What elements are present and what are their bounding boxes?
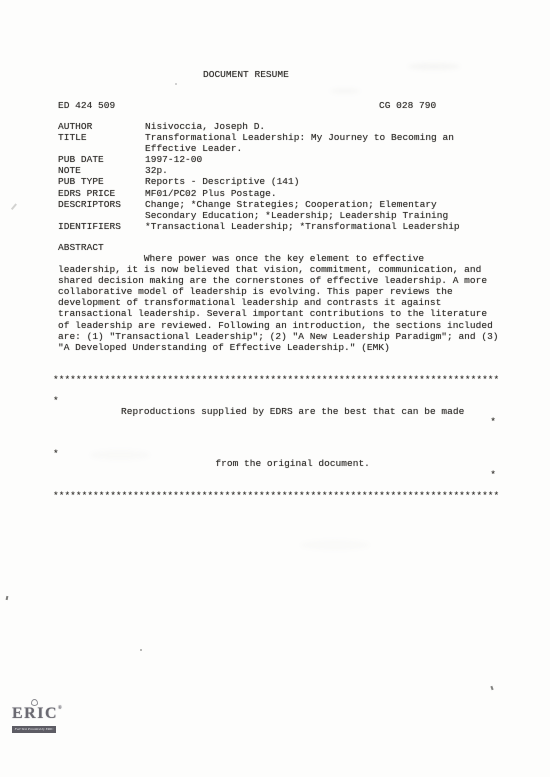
- field-row-pub-date: PUB DATE 1997-12-00: [58, 154, 460, 165]
- field-row-descriptors: DESCRIPTORS Change; *Change Strategies; …: [58, 199, 460, 221]
- accession-number-row: ED 424 509 CG 028 790: [0, 100, 550, 112]
- scan-smudge: [330, 88, 360, 94]
- asterisk-edge-right: *: [490, 470, 496, 481]
- field-label-descriptors: DESCRIPTORS: [58, 199, 145, 210]
- clearinghouse-number: CG 028 790: [379, 100, 436, 111]
- field-row-identifiers: IDENTIFIERS *Transactional Leadership; *…: [58, 221, 460, 232]
- field-row-author: AUTHOR Nisivoccia, Joseph D.: [58, 121, 460, 132]
- disclaimer-line-1: * Reproductions supplied by EDRS are the…: [53, 386, 498, 439]
- scan-speck-mid: [140, 649, 142, 651]
- field-label-edrs-price: EDRS PRICE: [58, 188, 145, 199]
- field-label-author: AUTHOR: [58, 121, 145, 132]
- scan-speck-left-edge: [6, 596, 9, 600]
- disclaimer-text-1: Reproductions supplied by EDRS are the b…: [121, 406, 464, 417]
- ed-accession-number: ED 424 509: [58, 100, 115, 111]
- field-value-edrs-price: MF01/PC02 Plus Postage.: [145, 188, 277, 199]
- asterisk-edge-left: *: [53, 449, 59, 460]
- edrs-reproduction-disclaimer: ****************************************…: [53, 375, 499, 501]
- scan-smudge: [408, 63, 460, 70]
- asterisk-border-bottom: ****************************************…: [53, 491, 499, 502]
- field-label-note: NOTE: [58, 165, 145, 176]
- field-value-pub-date: 1997-12-00: [145, 154, 202, 165]
- scan-speck-header: [175, 83, 177, 85]
- scan-speck-right-side: [490, 686, 493, 690]
- asterisk-edge-right: *: [490, 417, 496, 428]
- disclaimer-text-2: from the original document.: [215, 458, 369, 469]
- scan-smudge: [300, 540, 370, 550]
- field-row-pub-type: PUB TYPE Reports - Descriptive (141): [58, 176, 460, 187]
- field-row-note: NOTE 32p.: [58, 165, 460, 176]
- field-value-note: 32p.: [145, 165, 168, 176]
- field-value-author: Nisivoccia, Joseph D.: [145, 121, 265, 132]
- field-value-pub-type: Reports - Descriptive (141): [145, 176, 299, 187]
- asterisk-edge-left: *: [53, 396, 59, 407]
- field-value-descriptors: Change; *Change Strategies; Cooperation;…: [145, 199, 448, 221]
- field-label-title: TITLE: [58, 132, 145, 143]
- field-row-edrs-price: EDRS PRICE MF01/PC02 Plus Postage.: [58, 188, 460, 199]
- field-label-pub-date: PUB DATE: [58, 154, 145, 165]
- scan-tick-left-margin: [11, 203, 17, 209]
- document-resume-title: DOCUMENT RESUME: [203, 69, 289, 80]
- field-row-title: TITLE Transformational Leadership: My Jo…: [58, 132, 460, 154]
- scan-smudge: [90, 450, 150, 460]
- bibliographic-fields: AUTHOR Nisivoccia, Joseph D. TITLE Trans…: [58, 121, 460, 232]
- field-value-title: Transformational Leadership: My Journey …: [145, 132, 454, 154]
- asterisk-border-top: ****************************************…: [53, 375, 499, 386]
- eric-wordmark: ERIC®: [12, 705, 62, 723]
- field-label-identifiers: IDENTIFIERS: [58, 221, 145, 232]
- registered-trademark-icon: ®: [58, 706, 62, 711]
- eric-wordmark-text: ERIC: [12, 705, 58, 722]
- field-value-identifiers: *Transactional Leadership; *Transformati…: [145, 221, 460, 232]
- abstract-text: Where power was once the key element to …: [58, 253, 499, 353]
- abstract-heading: ABSTRACT: [58, 242, 104, 253]
- disclaimer-line-2: * from the original document. *: [53, 438, 498, 491]
- document-page: DOCUMENT RESUME ED 424 509 CG 028 790 AU…: [0, 0, 550, 777]
- field-label-pub-type: PUB TYPE: [58, 176, 145, 187]
- eric-banner: Full Text Provided by ERIC: [12, 726, 56, 733]
